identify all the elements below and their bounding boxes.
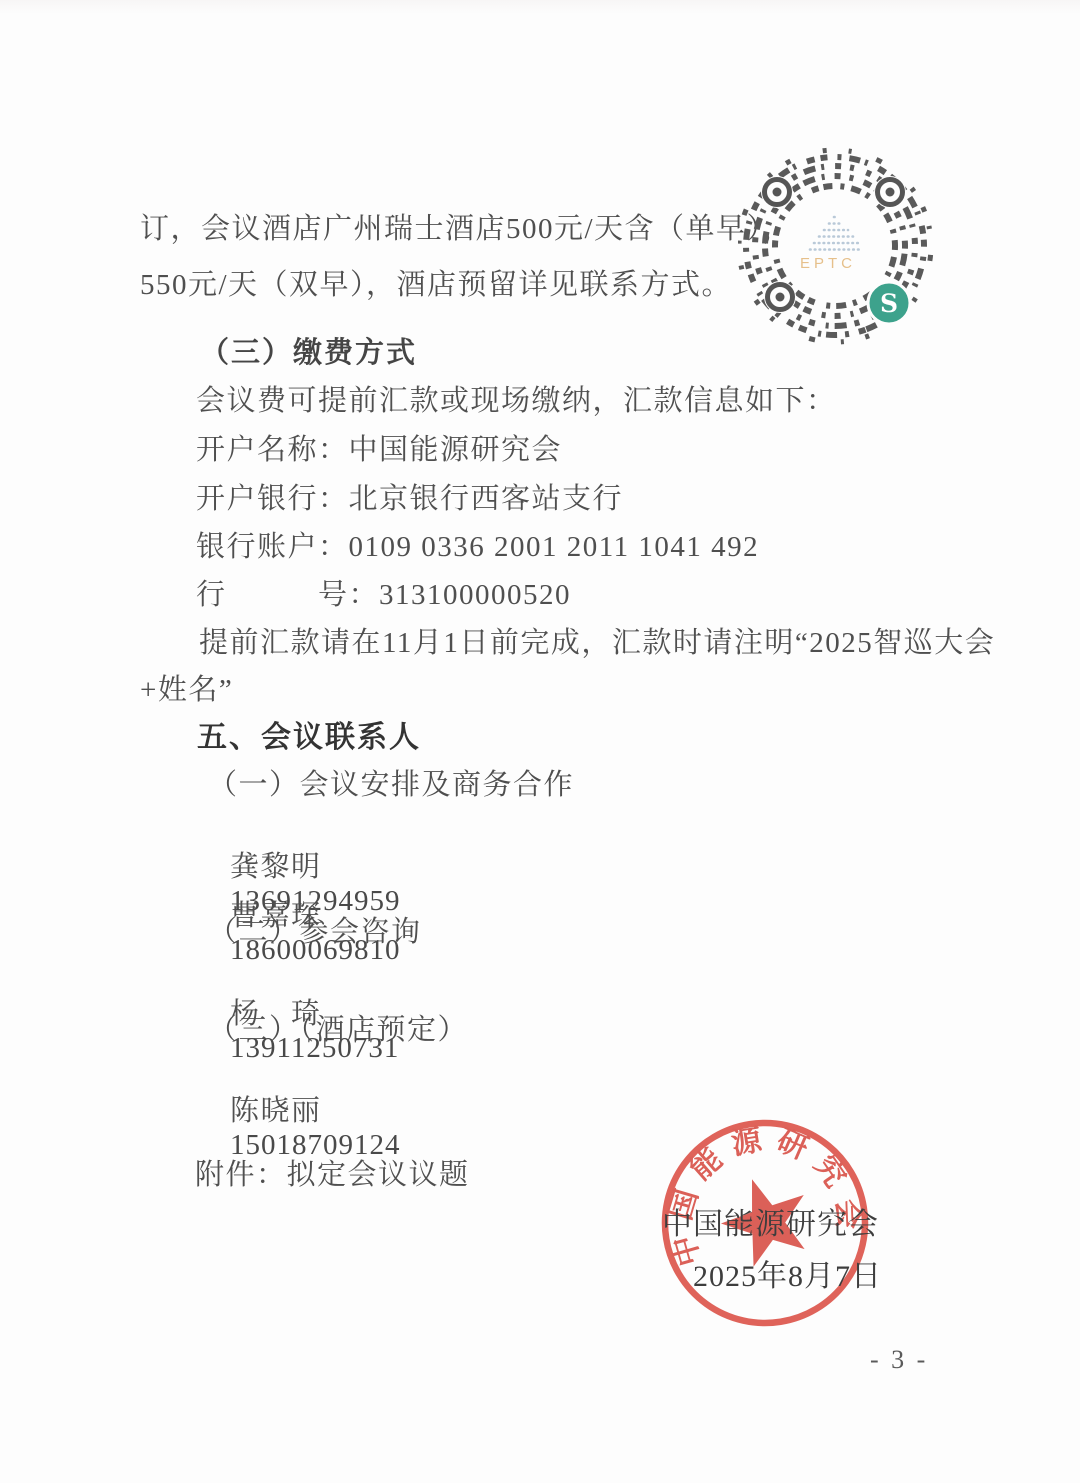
payment-remit-line-2: +姓名”: [140, 667, 233, 708]
qr-center-background: [781, 192, 889, 300]
payment-bank-name: 开户银行：北京银行西客站支行: [196, 476, 623, 517]
contacts-group-2-title: （二）参会咨询: [208, 909, 422, 950]
qr-center-label: EPTC: [800, 255, 856, 272]
contact-name: 陈晓丽: [230, 1088, 346, 1129]
qr-code: EPTC S: [738, 146, 938, 354]
payment-intro: 会议费可提前汇款或现场缴纳，汇款信息如下：: [196, 378, 837, 419]
payment-remit-line-1: 提前汇款请在11月1日前完成，汇款时请注明“2025智巡大会: [199, 620, 995, 661]
intro-line-1: 订，会议酒店广州瑞士酒店500元/天含（单早），: [140, 206, 793, 247]
payment-heading: （三）缴费方式: [200, 330, 417, 371]
svg-text:S: S: [880, 289, 898, 318]
payment-account-number: 银行账户：0109 0336 2001 2011 1041 492: [196, 524, 759, 565]
contacts-group-1-title: （一）会议安排及商务合作: [208, 762, 574, 803]
contacts-heading: 五、会议联系人: [197, 712, 421, 756]
contacts-group-3-title: （三）（酒店预定）: [208, 1007, 468, 1048]
payment-bank-code: 行 号：313100000520: [196, 572, 571, 613]
mini-program-badge-icon: S: [868, 282, 910, 324]
qr-eye-top-right: [874, 176, 906, 208]
document-page: 订，会议酒店广州瑞士酒店500元/天含（单早）， 550元/天（双早），酒店预留…: [0, 0, 1080, 1483]
page-number: - 3 -: [870, 1345, 928, 1375]
intro-line-2: 550元/天（双早），酒店预留详见联系方式。: [140, 262, 732, 303]
attachment-note: 附件：拟定会议议题: [195, 1152, 470, 1193]
qr-eye-bottom-left: [764, 281, 796, 313]
qr-eye-top-left: [761, 176, 793, 208]
signature-organization: 中国能源研究会: [662, 1199, 879, 1243]
signature-date: 2025年8月7日: [693, 1251, 882, 1295]
payment-account-name: 开户名称：中国能源研究会: [196, 427, 562, 468]
